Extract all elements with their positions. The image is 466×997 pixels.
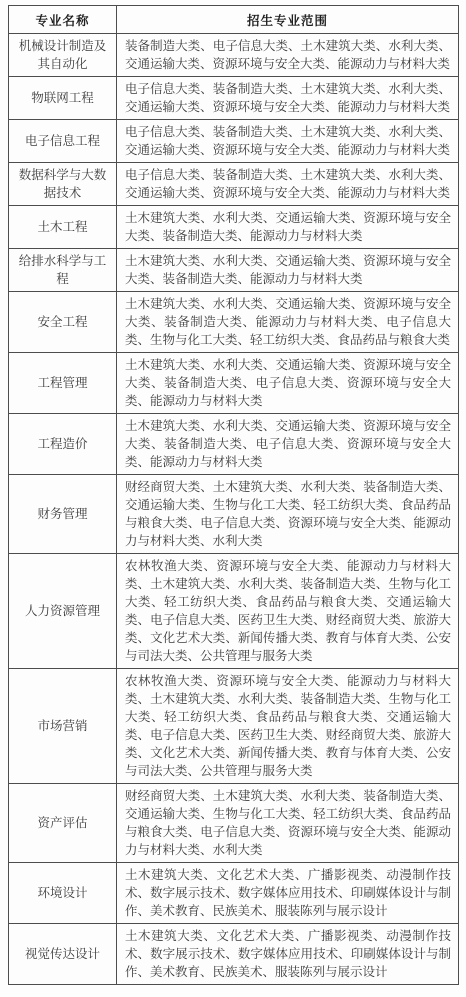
table-row: 环境设计 土木建筑大类、文化艺术大类、广播影视类、动漫制作技术、数字展示技术、数… <box>9 863 459 924</box>
major-name-cell: 机械设计制造及其自动化 <box>9 34 117 77</box>
admissions-table: 专业名称 招生专业范围 机械设计制造及其自动化 装备制造大类、电子信息大类、土木… <box>8 5 459 985</box>
scope-cell: 装备制造大类、电子信息大类、土木建筑大类、水利大类、交通运输大类、资源环境与安全… <box>117 34 459 77</box>
table-row: 财务管理 财经商贸大类、土木建筑大类、水利大类、装备制造大类、交通运输大类、生物… <box>9 475 459 554</box>
table-row: 工程造价 土木建筑大类、水利大类、交通运输大类、资源环境与安全大类、装备制造大类… <box>9 414 459 475</box>
major-name-cell: 土木工程 <box>9 206 117 249</box>
major-name-cell: 资产评估 <box>9 784 117 863</box>
scope-cell: 土木建筑大类、文化艺术大类、广播影视类、动漫制作技术、数字展示技术、数字媒体应用… <box>117 863 459 924</box>
scope-cell: 土木建筑大类、文化艺术大类、广播影视类、动漫制作技术、数字展示技术、数字媒体应用… <box>117 924 459 985</box>
major-name-cell: 市场营销 <box>9 669 117 784</box>
scope-cell: 土木建筑大类、水利大类、交通运输大类、资源环境与安全大类、装备制造大类、能源动力… <box>117 249 459 292</box>
major-name-cell: 电子信息工程 <box>9 120 117 163</box>
major-name-cell: 数据科学与大数据技术 <box>9 163 117 206</box>
table-row: 视觉传达设计 土木建筑大类、文化艺术大类、广播影视类、动漫制作技术、数字展示技术… <box>9 924 459 985</box>
major-name-cell: 环境设计 <box>9 863 117 924</box>
scope-cell: 电子信息大类、装备制造大类、土木建筑大类、水利大类、交通运输大类、资源环境与安全… <box>117 163 459 206</box>
scope-cell: 土木建筑大类、水利大类、交通运输大类、资源环境与安全大类、装备制造大类、能源动力… <box>117 292 459 353</box>
scope-cell: 农林牧渔大类、资源环境与安全大类、能源动力与材料大类、土木建筑大类、水利大类、装… <box>117 554 459 669</box>
table-row: 土木工程 土木建筑大类、水利大类、交通运输大类、资源环境与安全大类、装备制造大类… <box>9 206 459 249</box>
table-row: 电子信息工程 电子信息大类、装备制造大类、土木建筑大类、水利大类、交通运输大类、… <box>9 120 459 163</box>
scope-cell: 电子信息大类、装备制造大类、土木建筑大类、水利大类、交通运输大类、资源环境与安全… <box>117 120 459 163</box>
table-row: 资产评估 财经商贸大类、土木建筑大类、水利大类、装备制造大类、交通运输大类、生物… <box>9 784 459 863</box>
scope-cell: 财经商贸大类、土木建筑大类、水利大类、装备制造大类、交通运输大类、生物与化工大类… <box>117 475 459 554</box>
table-row: 数据科学与大数据技术 电子信息大类、装备制造大类、土木建筑大类、水利大类、交通运… <box>9 163 459 206</box>
major-name-cell: 财务管理 <box>9 475 117 554</box>
major-name-cell: 视觉传达设计 <box>9 924 117 985</box>
table-row: 给排水科学与工程 土木建筑大类、水利大类、交通运输大类、资源环境与安全大类、装备… <box>9 249 459 292</box>
table-row: 工程管理 土木建筑大类、水利大类、交通运输大类、资源环境与安全大类、装备制造大类… <box>9 353 459 414</box>
major-name-cell: 物联网工程 <box>9 77 117 120</box>
major-name-cell: 工程造价 <box>9 414 117 475</box>
table-row: 安全工程 土木建筑大类、水利大类、交通运输大类、资源环境与安全大类、装备制造大类… <box>9 292 459 353</box>
scope-cell: 土木建筑大类、水利大类、交通运输大类、资源环境与安全大类、装备制造大类、能源动力… <box>117 206 459 249</box>
table-row: 机械设计制造及其自动化 装备制造大类、电子信息大类、土木建筑大类、水利大类、交通… <box>9 34 459 77</box>
scope-cell: 土木建筑大类、水利大类、交通运输大类、资源环境与安全大类、装备制造大类、电子信息… <box>117 353 459 414</box>
col-header-scope: 招生专业范围 <box>117 6 459 34</box>
scope-cell: 土木建筑大类、水利大类、交通运输大类、资源环境与安全大类、装备制造大类、电子信息… <box>117 414 459 475</box>
table-row: 人力资源管理 农林牧渔大类、资源环境与安全大类、能源动力与材料大类、土木建筑大类… <box>9 554 459 669</box>
major-name-cell: 给排水科学与工程 <box>9 249 117 292</box>
major-name-cell: 人力资源管理 <box>9 554 117 669</box>
col-header-major-name: 专业名称 <box>9 6 117 34</box>
major-name-cell: 工程管理 <box>9 353 117 414</box>
scope-cell: 财经商贸大类、土木建筑大类、水利大类、装备制造大类、交通运输大类、生物与化工大类… <box>117 784 459 863</box>
scope-cell: 农林牧渔大类、资源环境与安全大类、能源动力与材料大类、土木建筑大类、水利大类、装… <box>117 669 459 784</box>
page: 专业名称 招生专业范围 机械设计制造及其自动化 装备制造大类、电子信息大类、土木… <box>0 0 466 997</box>
scope-cell: 电子信息大类、装备制造大类、土木建筑大类、水利大类、交通运输大类、资源环境与安全… <box>117 77 459 120</box>
header-row: 专业名称 招生专业范围 <box>9 6 459 34</box>
major-name-cell: 安全工程 <box>9 292 117 353</box>
table-row: 物联网工程 电子信息大类、装备制造大类、土木建筑大类、水利大类、交通运输大类、资… <box>9 77 459 120</box>
table-row: 市场营销 农林牧渔大类、资源环境与安全大类、能源动力与材料大类、土木建筑大类、水… <box>9 669 459 784</box>
